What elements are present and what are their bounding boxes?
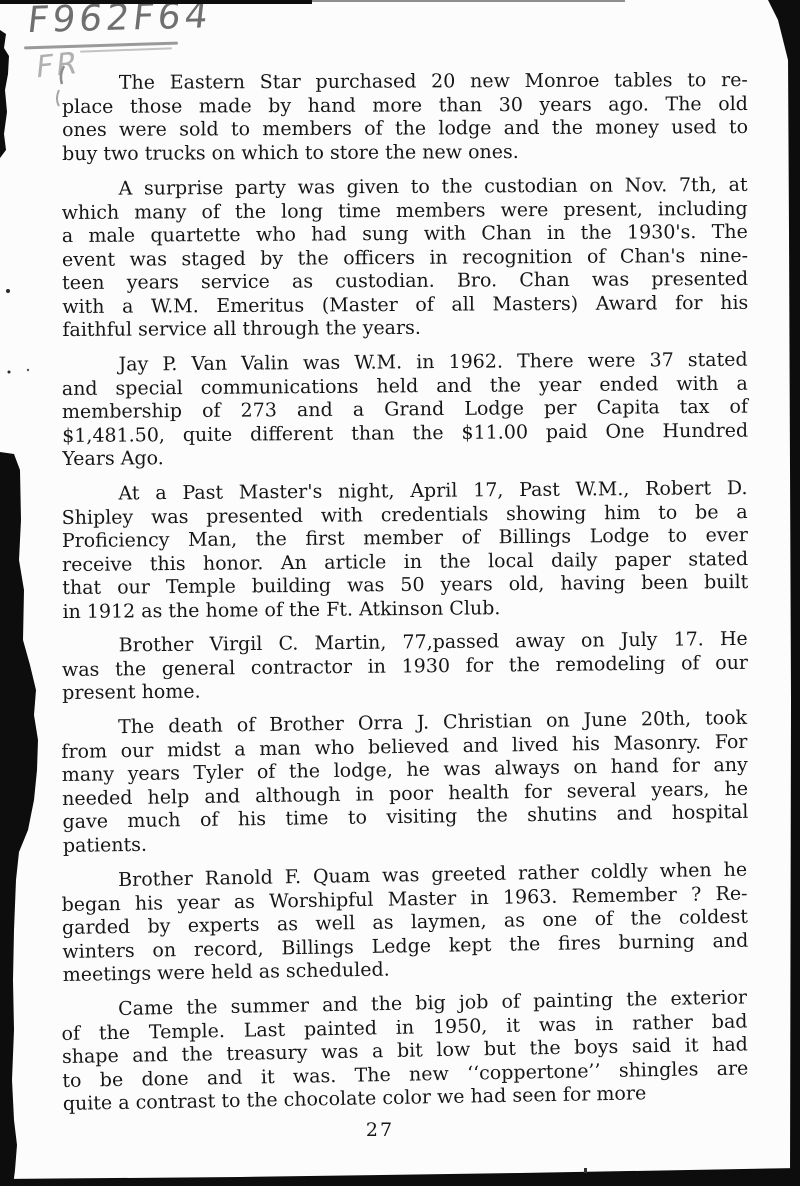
scan-speck bbox=[8, 371, 11, 374]
scan-artifact-left-blob-top bbox=[0, 30, 9, 158]
scan-artifact-top-bar bbox=[0, 0, 312, 4]
scan-speck bbox=[6, 289, 10, 293]
scanned-book-page: F962F64 FR The Eastern Star purchased 20… bbox=[0, 0, 800, 1186]
scan-artifact-corner bbox=[768, 0, 800, 60]
scan-artifact-top-line bbox=[312, 0, 625, 2]
scan-artifact-tick bbox=[584, 1168, 587, 1173]
pen-mark bbox=[57, 90, 59, 106]
scan-speck bbox=[27, 369, 29, 371]
scan-artifact-left-blob bbox=[0, 452, 38, 1186]
pen-mark bbox=[61, 66, 64, 84]
scan-artifact-right-strip bbox=[788, 55, 800, 1186]
scan-artifact-bottom-bar bbox=[0, 1168, 800, 1186]
scan-artifacts bbox=[0, 0, 800, 1186]
